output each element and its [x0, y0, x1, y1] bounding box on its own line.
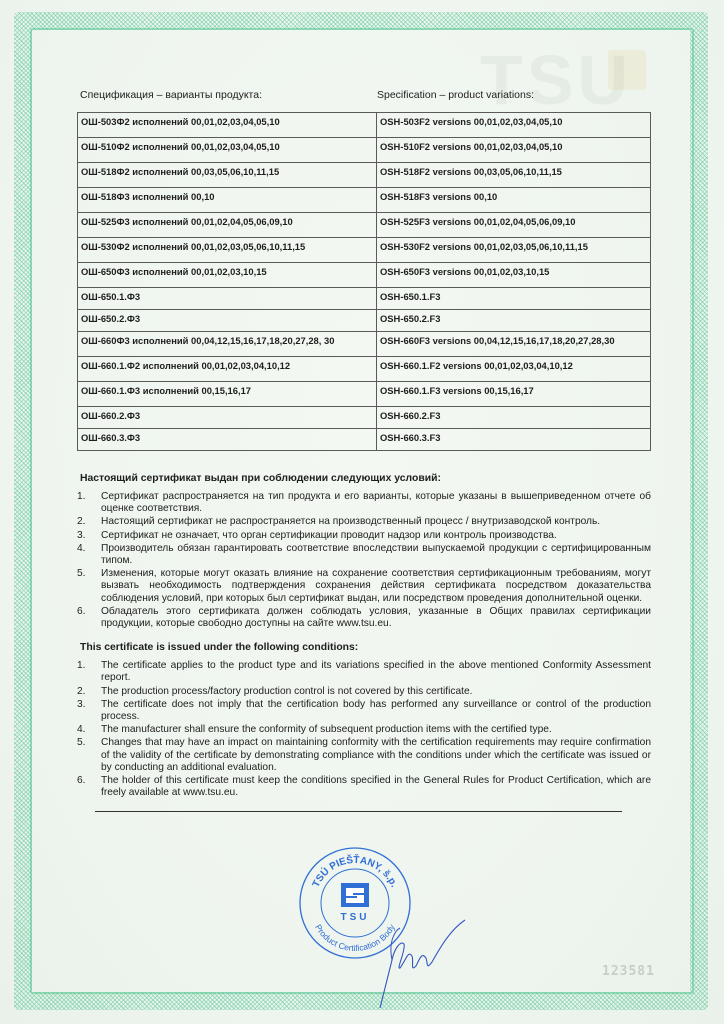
signature [370, 900, 470, 1010]
conditions-en: This certificate is issued under the fol… [77, 642, 651, 799]
spec-heading-ru: Спецификация – варианты продукта: [80, 89, 262, 101]
spec-cell-en: OSH-530F2 versions 00,01,02,03,05,06,10,… [377, 238, 651, 263]
condition-en-item-text: The certificate does not imply that the … [101, 699, 651, 722]
spec-cell-en: OSH-650.2.F3 [377, 310, 651, 332]
condition-ru-item-text: Обладатель этого сертификата должен собл… [101, 606, 651, 629]
condition-en-item: 2.The production process/factory product… [77, 686, 651, 698]
condition-en-item-number: 5. [77, 737, 86, 749]
condition-en-item: 3.The certificate does not imply that th… [77, 699, 651, 723]
condition-ru-item: 6.Обладатель этого сертификата должен со… [77, 606, 651, 630]
spec-cell-ru: ОШ-518Ф3 исполнений 00,10 [78, 188, 377, 213]
spec-row: ОШ-660.1.Ф3 исполнений 00,15,16,17OSH-66… [78, 382, 651, 407]
condition-en-item: 6.The holder of this certificate must ke… [77, 775, 651, 799]
spec-cell-en: OSH-518F2 versions 00,03,05,06,10,11,15 [377, 163, 651, 188]
conditions-ru-title: Настоящий сертификат выдан при соблюдени… [80, 473, 651, 484]
condition-ru-item-text: Настоящий сертификат не распространяется… [101, 516, 600, 527]
spec-cell-en: OSH-525F3 versions 00,01,02,04,05,06,09,… [377, 213, 651, 238]
condition-ru-item-number: 1. [77, 491, 86, 503]
spec-cell-ru: ОШ-525Ф3 исполнений 00,01,02,04,05,06,09… [78, 213, 377, 238]
condition-ru-item: 5.Изменения, которые могут оказать влиян… [77, 568, 651, 605]
spec-cell-en: OSH-660.1.F3 versions 00,15,16,17 [377, 382, 651, 407]
condition-en-item-number: 3. [77, 699, 86, 711]
spec-heading-en: Specification – product variations: [377, 89, 534, 101]
condition-ru-item-text: Сертификат не означает, что орган сертиф… [101, 530, 557, 541]
spec-row: ОШ-660.3.Ф3OSH-660.3.F3 [78, 429, 651, 451]
spec-cell-ru: ОШ-530Ф2 исполнений 00,01,02,03,05,06,10… [78, 238, 377, 263]
conditions-ru-list: 1.Сертификат распространяется на тип про… [77, 491, 651, 630]
serial-number-watermark: 123581 [602, 964, 655, 979]
conditions-en-list: 1.The certificate applies to the product… [77, 660, 651, 799]
condition-en-item: 1.The certificate applies to the product… [77, 660, 651, 684]
spec-cell-ru: ОШ-503Ф2 исполнений 00,01,02,03,04,05,10 [78, 113, 377, 138]
conditions-ru: Настоящий сертификат выдан при соблюдени… [77, 473, 651, 630]
condition-ru-item-text: Производитель обязан гарантировать соотв… [101, 543, 651, 566]
spec-cell-ru: ОШ-660.3.Ф3 [78, 429, 377, 451]
spec-cell-ru: ОШ-650.1.Ф3 [78, 288, 377, 310]
condition-ru-item-number: 5. [77, 568, 86, 580]
spec-cell-ru: ОШ-660Ф3 исполнений 00,04,12,15,16,17,18… [78, 332, 377, 357]
condition-ru-item-number: 6. [77, 606, 86, 618]
condition-ru-item-text: Изменения, которые могут оказать влияние… [101, 568, 651, 603]
spec-cell-en: OSH-660.1.F2 versions 00,01,02,03,04,10,… [377, 357, 651, 382]
spec-cell-ru: ОШ-650Ф3 исполнений 00,01,02,03,10,15 [78, 263, 377, 288]
spec-headers: Спецификация – варианты продукта: Specif… [77, 86, 651, 112]
spec-row: ОШ-525Ф3 исполнений 00,01,02,04,05,06,09… [78, 213, 651, 238]
spec-row: ОШ-660.2.Ф3OSH-660.2.F3 [78, 407, 651, 429]
spec-cell-en: OSH-650.1.F3 [377, 288, 651, 310]
condition-en-item-text: The production process/factory productio… [101, 686, 472, 697]
spec-row: ОШ-660Ф3 исполнений 00,04,12,15,16,17,18… [78, 332, 651, 357]
stamp-logo-text: TSU [341, 912, 370, 923]
spec-row: ОШ-518Ф3 исполнений 00,10OSH-518F3 versi… [78, 188, 651, 213]
signature-line [95, 811, 622, 812]
spec-table: ОШ-503Ф2 исполнений 00,01,02,03,04,05,10… [77, 112, 651, 451]
spec-cell-en: OSH-510F2 versions 00,01,02,03,04,05,10 [377, 138, 651, 163]
condition-ru-item-number: 4. [77, 543, 86, 555]
condition-ru-item-number: 2. [77, 516, 86, 528]
condition-en-item-number: 4. [77, 724, 86, 736]
spec-cell-en: OSH-650F3 versions 00,01,02,03,10,15 [377, 263, 651, 288]
condition-en-item-number: 2. [77, 686, 86, 698]
spec-cell-ru: ОШ-518Ф2 исполнений 00,03,05,06,10,11,15 [78, 163, 377, 188]
certificate-page: TSU 123581 Спецификация – варианты проду… [0, 0, 724, 1024]
spec-row: ОШ-503Ф2 исполнений 00,01,02,03,04,05,10… [78, 113, 651, 138]
spec-cell-ru: ОШ-660.1.Ф3 исполнений 00,15,16,17 [78, 382, 377, 407]
condition-en-item-text: Changes that may have an impact on maint… [101, 737, 651, 772]
condition-ru-item: 4.Производитель обязан гарантировать соо… [77, 543, 651, 567]
condition-ru-item: 2.Настоящий сертификат не распространяет… [77, 516, 651, 528]
condition-en-item: 5.Changes that may have an impact on mai… [77, 737, 651, 774]
condition-ru-item: 1.Сертификат распространяется на тип про… [77, 491, 651, 515]
condition-en-item-number: 1. [77, 660, 86, 672]
condition-en-item-number: 6. [77, 775, 86, 787]
condition-ru-item-text: Сертификат распространяется на тип проду… [101, 491, 651, 514]
condition-ru-item: 3.Сертификат не означает, что орган серт… [77, 530, 651, 542]
spec-row: ОШ-510Ф2 исполнений 00,01,02,03,04,05,10… [78, 138, 651, 163]
spec-cell-ru: ОШ-510Ф2 исполнений 00,01,02,03,04,05,10 [78, 138, 377, 163]
spec-cell-ru: ОШ-650.2.Ф3 [78, 310, 377, 332]
spec-cell-en: OSH-660.3.F3 [377, 429, 651, 451]
spec-row: ОШ-650Ф3 исполнений 00,01,02,03,10,15OSH… [78, 263, 651, 288]
spec-cell-ru: ОШ-660.1.Ф2 исполнений 00,01,02,03,04,10… [78, 357, 377, 382]
spec-row: ОШ-650.2.Ф3OSH-650.2.F3 [78, 310, 651, 332]
certificate-content: Спецификация – варианты продукта: Specif… [77, 86, 651, 812]
spec-cell-en: OSH-660F3 versions 00,04,12,15,16,17,18,… [377, 332, 651, 357]
spec-row: ОШ-518Ф2 исполнений 00,03,05,06,10,11,15… [78, 163, 651, 188]
spec-row: ОШ-650.1.Ф3OSH-650.1.F3 [78, 288, 651, 310]
condition-en-item-text: The certificate applies to the product t… [101, 660, 651, 683]
spec-cell-en: OSH-518F3 versions 00,10 [377, 188, 651, 213]
tsu-logo-icon [341, 883, 369, 907]
condition-en-item: 4.The manufacturer shall ensure the conf… [77, 724, 651, 736]
spec-row: ОШ-530Ф2 исполнений 00,01,02,03,05,06,10… [78, 238, 651, 263]
condition-en-item-text: The manufacturer shall ensure the confor… [101, 724, 552, 735]
spec-cell-en: OSH-503F2 versions 00,01,02,03,04,05,10 [377, 113, 651, 138]
spec-row: ОШ-660.1.Ф2 исполнений 00,01,02,03,04,10… [78, 357, 651, 382]
spec-cell-ru: ОШ-660.2.Ф3 [78, 407, 377, 429]
conditions-en-title: This certificate is issued under the fol… [80, 642, 651, 653]
spec-cell-en: OSH-660.2.F3 [377, 407, 651, 429]
tsu-watermark-logo [608, 50, 646, 90]
condition-en-item-text: The holder of this certificate must keep… [101, 775, 651, 798]
condition-ru-item-number: 3. [77, 530, 86, 542]
